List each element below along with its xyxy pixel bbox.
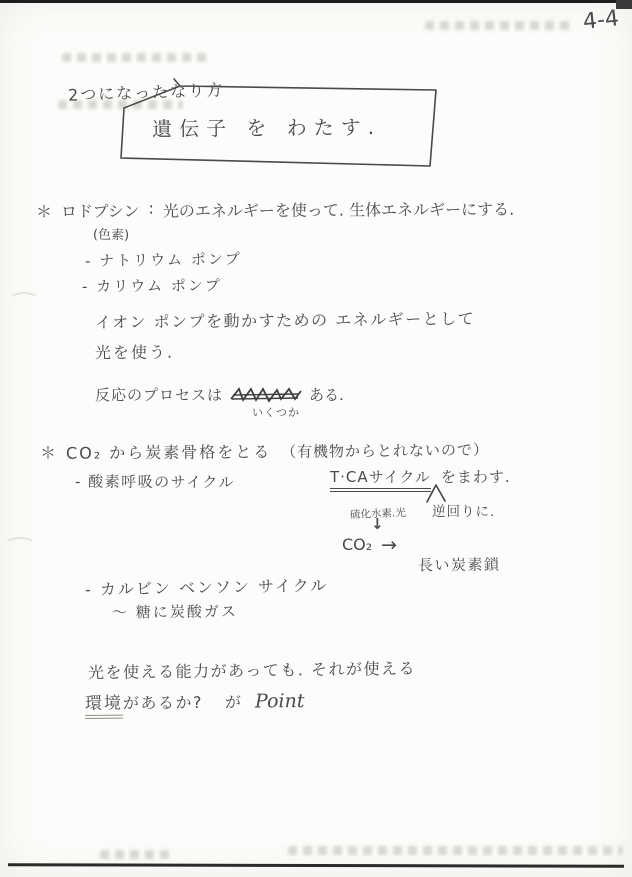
boxed-text: 遺伝子 を わたす. (152, 111, 381, 142)
colon: : (148, 199, 154, 222)
bleed-through-smudge (62, 53, 212, 62)
carbon-statement: CO₂ から炭素骨格をとる (66, 439, 271, 463)
co2-label: CO₂ (342, 535, 372, 554)
bleed-through-smudge (425, 21, 575, 30)
process-line: 反応のプロセスは ある. (95, 384, 344, 405)
conclusion-question: があるか? (123, 690, 203, 714)
energy-note-line2: 光を使う. (95, 340, 174, 364)
scanned-note-page: 4-4 2つになったなり方 遺伝子 を わたす. ＊ ロドプシン : 光のエネル… (0, 0, 632, 877)
bleed-through-smudge (100, 850, 170, 859)
pump-item: ‐ カリウム ポンプ (82, 275, 222, 297)
hole-punch-mark (4, 537, 36, 554)
process-before: 反応のプロセスは (95, 384, 223, 405)
reverse-direction-note: 逆回りに. (432, 500, 495, 520)
rhodopsin-term-note: (色素) (93, 224, 129, 244)
rhodopsin-line: ＊ ロドプシン : 光のエネルギーを使って. 生体エネルギーにする. (36, 197, 514, 223)
page-number: 4-4 (582, 6, 620, 35)
pump-item: ‐ ナトリウム ポンプ (85, 248, 242, 271)
rhodopsin-term: ロドプシン (61, 199, 140, 222)
conclusion-line1: 光を使える能力があっても. それが使える (88, 656, 416, 684)
environment-term: 環境 (85, 689, 123, 719)
carbon-paren-note: （有機物からとれないので） (281, 439, 489, 462)
scribble-crossout (229, 386, 303, 404)
tca-tail: をまわす. (441, 466, 511, 487)
scan-corner-mark (616, 0, 632, 9)
scan-edge-top (0, 0, 632, 3)
hole-punch-mark (8, 292, 40, 309)
point-word: Point (255, 690, 305, 712)
tca-line: T·CAサイクル をまわす. (330, 466, 511, 492)
bleed-through-smudge (288, 846, 623, 855)
long-carbon-chain-label: 長い炭素鎖 (418, 554, 501, 576)
right-arrow-icon: → (381, 534, 397, 556)
down-arrow-icon: ↓ (371, 515, 384, 533)
calvin-benson-item: ‐ カルビン ベンソン サイクル (85, 573, 328, 600)
carbon-line: ＊ CO₂ から炭素骨格をとる （有機物からとれないので） (40, 440, 489, 463)
process-after: ある. (309, 384, 344, 405)
bullet-star: ＊ (36, 199, 52, 222)
conclusion-line2: 環境 があるか? が Point (85, 687, 305, 719)
oxygen-respiration-item: ‐ 酸素呼吸のサイクル (75, 471, 235, 493)
process-correction: いくつか (252, 404, 300, 420)
calvin-benson-sub: 〜 糖に炭酸ガス (112, 600, 238, 622)
bullet-star: ＊ (40, 440, 56, 463)
tca-cycle-term: T·CAサイクル (330, 466, 431, 492)
scan-edge-bottom (8, 863, 624, 868)
conclusion-particle: が (225, 690, 241, 713)
rhodopsin-definition: 光のエネルギーを使って. 生体エネルギーにする. (163, 197, 514, 222)
energy-note-line1: イオン ポンプを動かすための エネルギーとして (95, 306, 475, 333)
